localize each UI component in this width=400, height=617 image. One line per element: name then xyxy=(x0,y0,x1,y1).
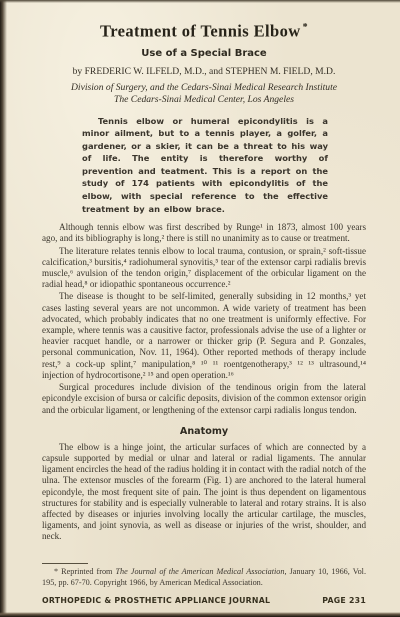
title-asterisk: * xyxy=(303,22,308,33)
scan-edge-bottom xyxy=(0,612,400,617)
anatomy-paragraph: The elbow is a hinge joint, the articula… xyxy=(42,442,366,543)
body-paragraph-4: Surgical procedures include division of … xyxy=(42,382,366,416)
section-heading-anatomy: Anatomy xyxy=(42,426,366,437)
footnote-text: * Reprinted from The Journal of the Amer… xyxy=(42,567,366,588)
affiliation: Division of Surgery, and the Cedars-Sina… xyxy=(42,82,366,106)
footnote-journal-title: The Journal of the American Medical Asso… xyxy=(115,567,284,576)
abstract-paragraph: Tennis elbow or humeral epicondylitis is… xyxy=(82,115,328,216)
footer-journal-name: ORTHOPEDIC & PROSTHETIC APPLIANCE JOURNA… xyxy=(42,596,270,605)
scan-edge-top xyxy=(0,0,400,3)
byline: by FREDERIC W. ILFELD, M.D., and STEPHEN… xyxy=(42,66,366,78)
article-subtitle: Use of a Special Brace xyxy=(42,48,366,59)
footnote-prefix: * Reprinted from xyxy=(54,567,115,576)
scan-edge-left xyxy=(0,0,7,617)
affiliation-line-2: The Cedars-Sinai Medical Center, Los Ang… xyxy=(114,94,294,105)
page-footer: ORTHOPEDIC & PROSTHETIC APPLIANCE JOURNA… xyxy=(42,596,366,605)
journal-page: Treatment of Tennis Elbow* Use of a Spec… xyxy=(0,0,400,617)
footnote-divider xyxy=(42,563,88,564)
body-paragraph-2: The literature relates tennis elbow to l… xyxy=(42,246,366,291)
affiliation-line-1: Division of Surgery, and the Cedars-Sina… xyxy=(71,82,337,93)
body-paragraph-1: Although tennis elbow was first describe… xyxy=(42,222,366,244)
body-paragraph-3: The disease is thought to be self-limite… xyxy=(42,291,366,381)
article-title-text: Treatment of Tennis Elbow xyxy=(100,22,301,41)
article-title: Treatment of Tennis Elbow* xyxy=(42,18,366,41)
footer-page-number: PAGE 231 xyxy=(322,596,366,605)
footnote: * Reprinted from The Journal of the Amer… xyxy=(42,559,366,588)
